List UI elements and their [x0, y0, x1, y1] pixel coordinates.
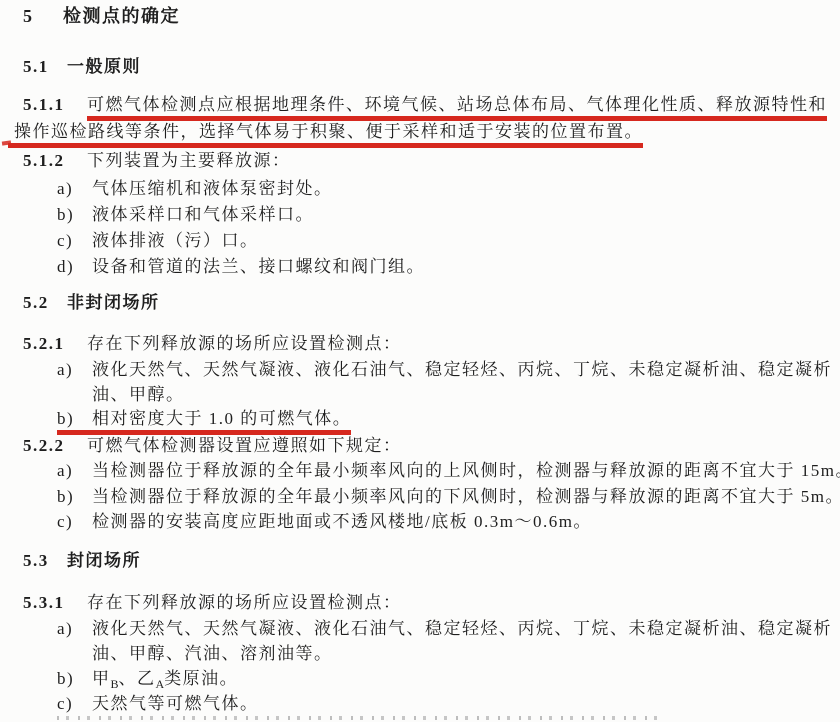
- clause-5-3-1-number: 5.3.1: [23, 593, 87, 613]
- list-item-label: b): [57, 409, 92, 429]
- subscript-B: B: [111, 677, 119, 691]
- list-item-continuation: 油、甲醇、汽油、溶剂油等。: [92, 644, 333, 664]
- list-item-text: 油、甲醇。: [92, 385, 185, 404]
- list-item-text: 油、甲醇、汽油、溶剂油等。: [92, 644, 333, 663]
- red-underlined-item: b)相对密度大于 1.0 的可燃气体。: [57, 409, 351, 435]
- subscript-A: A: [156, 677, 165, 691]
- clause-5-1-2-text: 下列装置为主要释放源：: [87, 151, 291, 170]
- clause-5-1-1-text-underlined: 可燃气体检测点应根据地理条件、环境气候、站场总体布局、气体理化性质、释放源特性和: [87, 95, 827, 121]
- section-5-title: 检测点的确定: [63, 6, 180, 26]
- list-item-label: a): [57, 619, 92, 639]
- list-item-label: a): [57, 461, 92, 481]
- list-item-text: 相对密度大于 1.0 的可燃气体。: [92, 409, 351, 428]
- section-5-heading: 5检测点的确定: [23, 6, 180, 26]
- document-page: 5检测点的确定 5.1一般原则 5.1.1可燃气体检测点应根据地理条件、环境气候…: [0, 0, 840, 722]
- list-item: a)当检测器位于释放源的全年最小频率风向的上风侧时，检测器与释放源的距离不宜大于…: [57, 461, 840, 481]
- list-item-text: 设备和管道的法兰、接口螺纹和阀门组。: [92, 257, 425, 276]
- clause-5-2-1-number: 5.2.1: [23, 334, 87, 354]
- list-item: c)检测器的安装高度应距地面或不透风楼地/底板 0.3m～0.6m。: [57, 512, 592, 532]
- list-item-label: b): [57, 205, 92, 225]
- clause-5-2-1-text: 存在下列释放源的场所应设置检测点：: [87, 334, 402, 353]
- section-5-2-title: 非封闭场所: [67, 293, 160, 312]
- list-item: d)设备和管道的法兰、接口螺纹和阀门组。: [57, 257, 425, 277]
- list-item-label: a): [57, 360, 92, 380]
- clause-5-3-1-text: 存在下列释放源的场所应设置检测点：: [87, 593, 402, 612]
- list-item-label: c): [57, 231, 92, 251]
- clause-5-3-1: 5.3.1存在下列释放源的场所应设置检测点：: [23, 593, 402, 613]
- list-item-label: d): [57, 257, 92, 277]
- list-item-text: 液体排液（污）口。: [92, 231, 259, 250]
- list-item-text: 液化天然气、天然气凝液、液化石油气、稳定轻烃、丙烷、丁烷、未稳定凝析油、稳定凝析: [92, 619, 832, 638]
- list-item-label: a): [57, 179, 92, 199]
- list-item-text: 当检测器位于释放源的全年最小频率风向的下风侧时，检测器与释放源的距离不宜大于 5…: [92, 487, 840, 506]
- list-item: c)液体排液（污）口。: [57, 231, 259, 251]
- list-item: a)液化天然气、天然气凝液、液化石油气、稳定轻烃、丙烷、丁烷、未稳定凝析油、稳定…: [57, 360, 832, 380]
- list-item-label: c): [57, 694, 92, 714]
- list-item-text: 天然气等可燃气体。: [92, 694, 259, 713]
- clause-5-2-2-text: 可燃气体检测器设置应遵照如下规定：: [87, 436, 402, 455]
- clause-5-2-1: 5.2.1存在下列释放源的场所应设置检测点：: [23, 334, 402, 354]
- section-5-number: 5: [23, 6, 63, 26]
- list-item-text: 检测器的安装高度应距地面或不透风楼地/底板 0.3m～0.6m。: [92, 512, 592, 531]
- section-5-1-title: 一般原则: [67, 57, 141, 76]
- list-item-text-crude-oil: 甲B、乙A类原油。: [92, 669, 238, 688]
- clause-5-1-2-number: 5.1.2: [23, 151, 87, 171]
- section-5-3-heading: 5.3封闭场所: [23, 551, 141, 571]
- clause-5-1-1-number: 5.1.1: [23, 95, 87, 115]
- list-item: c)天然气等可燃气体。: [57, 694, 259, 714]
- clause-5-1-1-text2-underlined: 操作巡检路线等条件，选择气体易于积聚、便于采样和适于安装的位置布置。: [8, 122, 643, 148]
- list-item-underlined: b)相对密度大于 1.0 的可燃气体。: [57, 409, 351, 429]
- list-item-label: c): [57, 512, 92, 532]
- list-item: b)当检测器位于释放源的全年最小频率风向的下风侧时，检测器与释放源的距离不宜大于…: [57, 487, 840, 507]
- list-item-continuation: 油、甲醇。: [92, 385, 185, 405]
- text-part: 、乙: [119, 669, 156, 688]
- clause-5-1-1-line2: 操作巡检路线等条件，选择气体易于积聚、便于采样和适于安装的位置布置。: [14, 122, 643, 142]
- list-item: a)液化天然气、天然气凝液、液化石油气、稳定轻烃、丙烷、丁烷、未稳定凝析油、稳定…: [57, 619, 832, 639]
- section-5-2-number: 5.2: [23, 293, 67, 313]
- list-item: a)气体压缩机和液体泵密封处。: [57, 179, 333, 199]
- section-5-1-number: 5.1: [23, 57, 67, 77]
- section-5-2-heading: 5.2非封闭场所: [23, 293, 160, 313]
- text-part: 甲: [92, 669, 111, 688]
- text-part: 类原油。: [164, 669, 238, 688]
- clipped-text-line: [57, 716, 657, 720]
- list-item: b)液体采样口和气体采样口。: [57, 205, 314, 225]
- list-item-label: b): [57, 487, 92, 507]
- clause-5-2-2: 5.2.2可燃气体检测器设置应遵照如下规定：: [23, 436, 402, 456]
- clause-5-2-2-number: 5.2.2: [23, 436, 87, 456]
- section-5-3-number: 5.3: [23, 551, 67, 571]
- list-item-text: 液化天然气、天然气凝液、液化石油气、稳定轻烃、丙烷、丁烷、未稳定凝析油、稳定凝析: [92, 360, 832, 379]
- list-item-text: 当检测器位于释放源的全年最小频率风向的上风侧时，检测器与释放源的距离不宜大于 1…: [92, 461, 840, 480]
- list-item-text: 液体采样口和气体采样口。: [92, 205, 314, 224]
- list-item: b)甲B、乙A类原油。: [57, 669, 238, 689]
- section-5-3-title: 封闭场所: [67, 551, 141, 570]
- clause-5-1-1-line1: 5.1.1可燃气体检测点应根据地理条件、环境气候、站场总体布局、气体理化性质、释…: [23, 95, 827, 115]
- list-item-text: 气体压缩机和液体泵密封处。: [92, 179, 333, 198]
- section-5-1-heading: 5.1一般原则: [23, 57, 141, 77]
- list-item-label: b): [57, 669, 92, 689]
- clause-5-1-2: 5.1.2下列装置为主要释放源：: [23, 151, 291, 171]
